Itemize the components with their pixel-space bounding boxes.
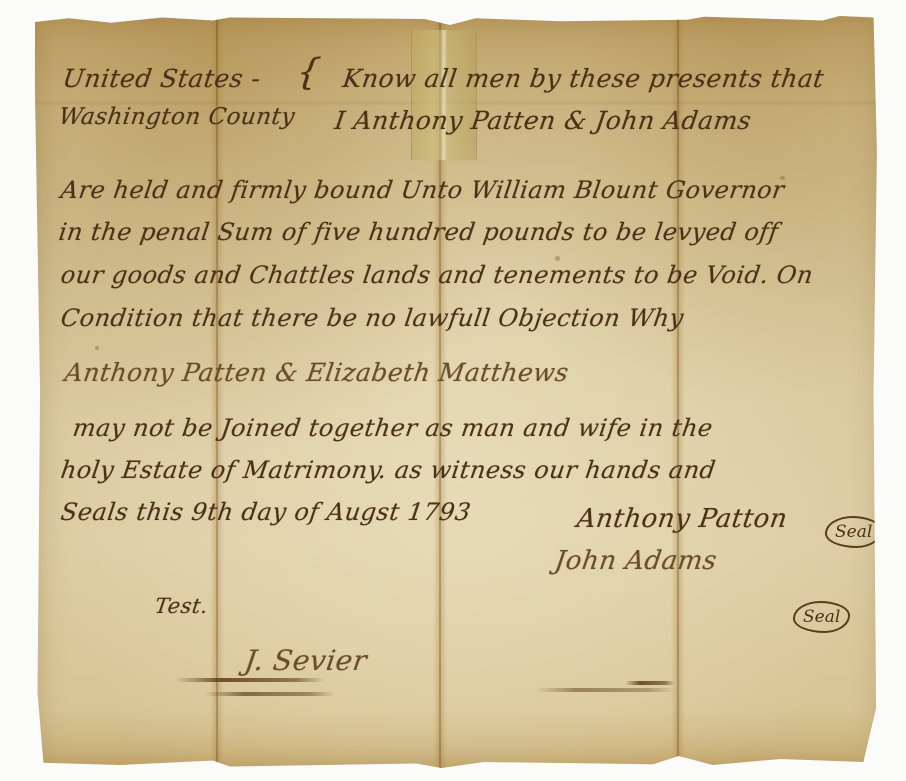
text-line-4: in the penal Sum of five hundred pounds … <box>57 218 780 246</box>
paper-spot <box>780 176 785 180</box>
text-line-1: Know all men by these presents that <box>341 64 826 93</box>
heading-washington-county: Washington County <box>57 104 297 130</box>
text-line-7: Anthony Patten & Elizabeth Matthews <box>63 358 571 387</box>
signature-anthony-patton: Anthony Patton <box>575 504 789 534</box>
text-line-6: Condition that there be no lawfull Objec… <box>59 304 686 332</box>
text-line-10: Seals this 9th day of Augst 1793 <box>59 498 473 526</box>
repair-tape <box>411 30 477 160</box>
paper-spot <box>555 256 560 261</box>
signature-flourish <box>205 692 335 696</box>
brace-glyph: { <box>294 52 323 93</box>
signature-john-adams: John Adams <box>553 546 719 576</box>
paper-spot <box>95 346 99 350</box>
text-line-5: our goods and Chattles lands and tenemen… <box>59 261 815 289</box>
signature-sevier: J. Sevier <box>243 644 369 677</box>
signature-flourish <box>175 678 325 682</box>
ink-blot <box>625 681 675 685</box>
text-line-8: may not be Joined together as man and wi… <box>71 414 715 442</box>
manuscript-page: United States - Washington County { Know… <box>35 16 882 768</box>
attestation-label: Test. <box>153 594 210 618</box>
text-line-3: Are held and firmly bound Unto William B… <box>59 176 786 204</box>
heading-united-states: United States - <box>61 64 263 93</box>
signature-flourish <box>535 688 675 692</box>
seal-1: Seal <box>825 516 882 548</box>
text-line-9: holy Estate of Matrimony. as witness our… <box>59 456 718 484</box>
text-line-2: I Anthony Patten & John Adams <box>333 106 753 135</box>
seal-2: Seal <box>793 601 850 633</box>
